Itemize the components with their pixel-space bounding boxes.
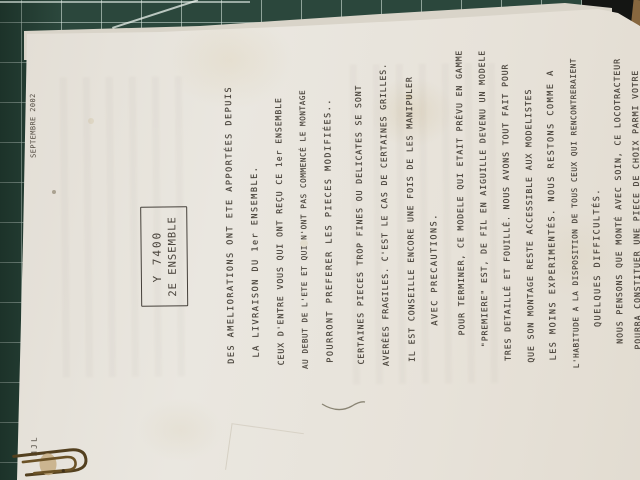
handwritten-line: QUELQUES DIFFICULTÉS.: [592, 188, 603, 327]
handwritten-line: CEUX D'ENTRE VOUS QUI ONT REÇU CE 1er EN…: [273, 97, 286, 365]
handwritten-line: L'HABITUDE A LA DISPOSITION DE TOUS CEUX…: [569, 58, 581, 368]
date-note: SEPTEMBRE 2002: [29, 93, 38, 158]
mat-grid-line: [0, 1, 250, 3]
handwritten-line: POURRONT PREFERER LES PIECES MODIFIÉES..: [323, 98, 336, 363]
photo-stage: MJL SEPTEMBRE 2002 Y 7400 2E ENSEMBLE DE…: [0, 0, 640, 480]
handwritten-line: AU DEBUT DE L'ETE ET QUI N'ONT PAS COMME…: [298, 90, 310, 369]
handwritten-line: POURRA CONSTITUER UNE PIECE DE CHOIX PAR…: [630, 70, 640, 350]
handwritten-line: LES MOINS EXPERIMENTÉS. NOUS RESTONS COM…: [546, 69, 559, 360]
handwritten-line: LA LIVRAISON DU 1er ENSEMBLE.: [250, 166, 262, 358]
title-subtitle: 2E ENSEMBLE: [166, 216, 179, 297]
handwritten-line: AVEC PRECAUTIONS.: [429, 213, 440, 326]
title-reference: Y 7400: [150, 231, 164, 283]
title-box: Y 7400 2E ENSEMBLE: [140, 206, 188, 306]
handwritten-line: NOUS PENSONS QUE MONTÉ AVEC SOIN, CE LOC…: [612, 58, 625, 344]
handwritten-line: DES AMELIORATIONS ONT ETE APPORTÉES DEPU…: [224, 86, 237, 364]
handwritten-line: QUE SON MONTAGE RESTE ACCESSIBLE AUX MOD…: [523, 89, 536, 363]
document-paper: MJL SEPTEMBRE 2002 Y 7400 2E ENSEMBLE DE…: [0, 0, 640, 480]
stray-hair: [318, 393, 370, 417]
paperclip: [9, 442, 98, 480]
handwritten-line: TRES DETAILLÉ ET FOUILLÉ. NOUS AVONS TOU…: [500, 64, 513, 361]
